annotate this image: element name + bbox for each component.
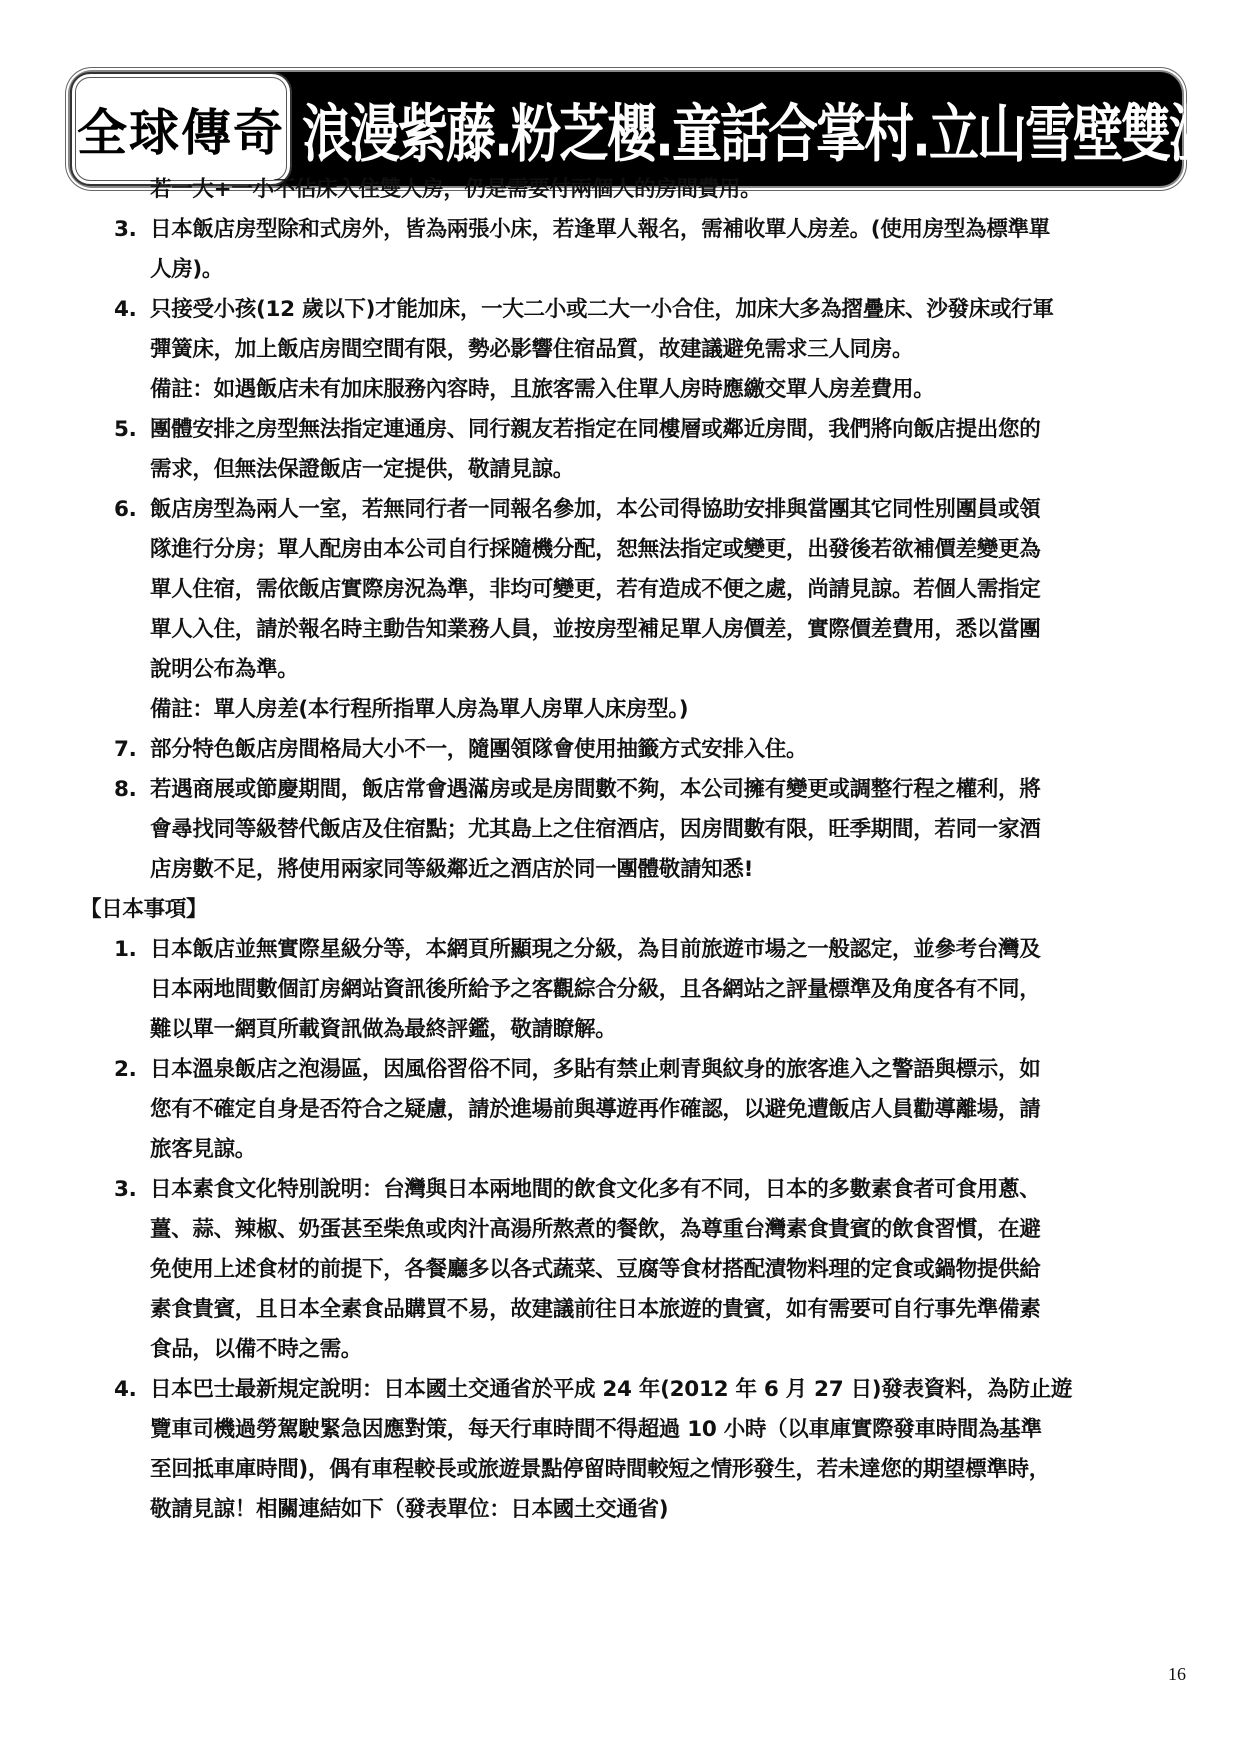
- list-number: 6.: [114, 495, 137, 525]
- list-item-text: 日本素食文化特別說明：台灣與日本兩地間的飲食文化多有不同，日本的多數素食者可食用…: [150, 1175, 1040, 1205]
- list-item-text: 只接受小孩(12 歲以下)才能加床，一大二小或二大一小合住，加床大多為摺疊床、沙…: [150, 295, 1054, 325]
- list-item-text: 日本兩地間數個訂房網站資訊後所給予之客觀綜合分級，且各網站之評量標準及角度各有不…: [150, 975, 1040, 1005]
- list-number: 4.: [114, 295, 137, 325]
- list-item-text: 旅客見諒。: [150, 1135, 256, 1165]
- list-number: 8.: [114, 775, 137, 805]
- continuation-text: 若一大+一小不佔床入住雙人房，仍是需要付兩個人的房間費用。: [150, 175, 761, 205]
- list-item-text: 日本飯店房型除和式房外，皆為兩張小床，若逢單人報名，需補收單人房差。(使用房型為…: [150, 215, 1050, 245]
- list-item-text: 日本巴士最新規定說明：日本國土交通省於平成 24 年(2012 年 6 月 27…: [150, 1375, 1072, 1405]
- list-number: 4.: [114, 1375, 137, 1405]
- header-banner: 全球傳奇 浪漫紫藤.粉芝櫻.童話合掌村.立山雪壁雙溫泉五日: [70, 72, 1182, 186]
- list-item-text: 素食貴賓，且日本全素食品購買不易，故建議前往日本旅遊的貴賓，如有需要可自行事先準…: [150, 1295, 1040, 1325]
- list-item-text: 隊進行分房；單人配房由本公司自行採隨機分配，恕無法指定或變更，出發後若欲補價差變…: [150, 535, 1040, 565]
- list-item-text: 食品，以備不時之需。: [150, 1335, 362, 1365]
- section-heading-japan: 【日本事項】: [80, 895, 207, 925]
- note-text: 備註：如遇飯店未有加床服務內容時，且旅客需入住單人房時應繳交單人房差費用。: [150, 375, 934, 405]
- list-item-text: 敬請見諒！相關連結如下（發表單位：日本國土交通省): [150, 1495, 668, 1525]
- list-item-text: 彈簧床，加上飯店房間空間有限，勢必影響住宿品質，故建議避免需求三人同房。: [150, 335, 913, 365]
- list-item-text: 覽車司機過勞駕駛緊急因應對策，每天行車時間不得超過 10 小時（以車庫實際發車時…: [150, 1415, 1042, 1445]
- brand-box: 全球傳奇: [70, 72, 292, 186]
- list-number: 7.: [114, 735, 137, 765]
- page-number: 16: [1168, 1664, 1186, 1685]
- list-item-text: 會尋找同等級替代飯店及住宿點；尤其島上之住宿酒店，因房間數有限，旺季期間，若同一…: [150, 815, 1040, 845]
- list-item-text: 需求，但無法保證飯店一定提供，敬請見諒。: [150, 455, 574, 485]
- list-number: 3.: [114, 1175, 137, 1205]
- list-item-text: 單人住宿，需依飯店實際房況為準，非均可變更，若有造成不便之處，尚請見諒。若個人需…: [150, 575, 1040, 605]
- brand-name: 全球傳奇: [77, 93, 285, 165]
- note-text: 備註：單人房差(本行程所指單人房為單人房單人床房型。): [150, 695, 688, 725]
- list-number: 2.: [114, 1055, 137, 1085]
- list-item-text: 日本溫泉飯店之泡湯區，因風俗習俗不同，多貼有禁止刺青與紋身的旅客進入之警語與標示…: [150, 1055, 1040, 1085]
- list-item-text: 說明公布為準。: [150, 655, 298, 685]
- list-number: 3.: [114, 215, 137, 245]
- list-item-text: 飯店房型為兩人一室，若無同行者一同報名參加，本公司得協助安排與當團其它同性別團員…: [150, 495, 1040, 525]
- list-item-text: 至回抵車庫時間)，偶有車程較長或旅遊景點停留時間較短之情形發生，若未達您的期望標…: [150, 1455, 1050, 1485]
- list-item-text: 難以單一網頁所載資訊做為最終評鑑，敬請瞭解。: [150, 1015, 616, 1045]
- list-item-text: 日本飯店並無實際星級分等，本網頁所顯現之分級，為目前旅遊市場之一般認定，並參考台…: [150, 935, 1040, 965]
- list-item-text: 人房)。: [150, 255, 223, 285]
- list-item-text: 薑、蒜、辣椒、奶蛋甚至柴魚或肉汁高湯所熬煮的餐飲，為尊重台灣素食貴賓的飲食習慣，…: [150, 1215, 1040, 1245]
- list-item-text: 單人入住，請於報名時主動告知業務人員，並按房型補足單人房價差，實際價差費用，悉以…: [150, 615, 1040, 645]
- list-number: 1.: [114, 935, 137, 965]
- list-item-text: 團體安排之房型無法指定連通房、同行親友若指定在同樓層或鄰近房間，我們將向飯店提出…: [150, 415, 1040, 445]
- list-item-text: 部分特色飯店房間格局大小不一，隨團領隊會使用抽籤方式安排入住。: [150, 735, 807, 765]
- list-item-text: 若遇商展或節慶期間，飯店常會遇滿房或是房間數不夠，本公司擁有變更或調整行程之權利…: [150, 775, 1040, 805]
- list-item-text: 免使用上述食材的前提下，各餐廳多以各式蔬菜、豆腐等食材搭配漬物料理的定食或鍋物提…: [150, 1255, 1040, 1285]
- list-number: 5.: [114, 415, 137, 445]
- list-item-text: 您有不確定自身是否符合之疑慮，請於進場前與導遊再作確認，以避免遭飯店人員勸導離場…: [150, 1095, 1040, 1125]
- list-item-text: 店房數不足，將使用兩家同等級鄰近之酒店於同一團體敬請知悉!: [150, 855, 753, 885]
